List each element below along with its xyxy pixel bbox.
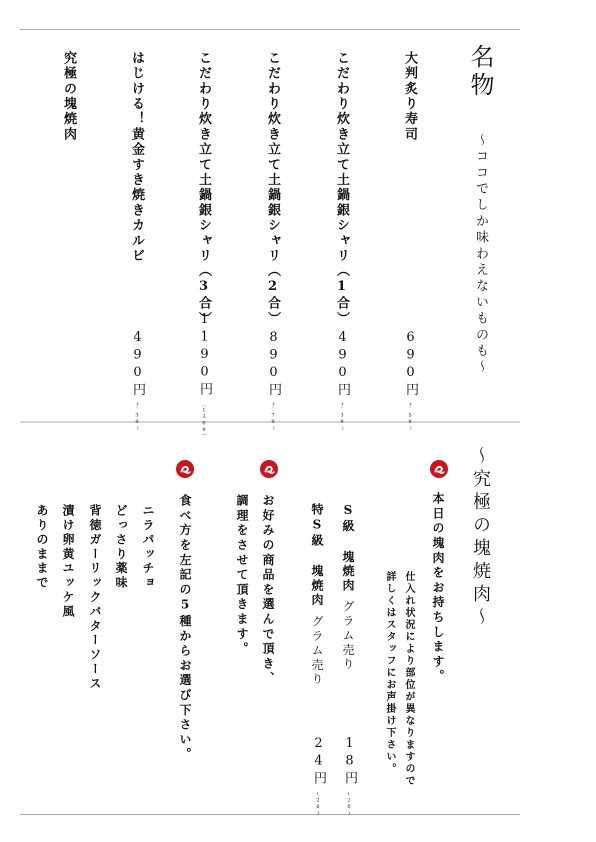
meat-unit: グラム売り	[311, 615, 323, 687]
menu-item-name: こだわり炊き立て土鍋銀シャリ（3合）	[197, 51, 210, 327]
price-value: 490円	[130, 330, 145, 398]
tax-included-price: ﾃﾞ79ﾐ	[270, 402, 275, 431]
menu-item-name: こだわり炊き立て土鍋銀シャリ（2合）	[266, 51, 279, 327]
bottom-divider	[20, 814, 520, 815]
menu-item-name: 大判炙り寿司	[403, 51, 416, 142]
step2-line1: お好みの商品を選んで頂き、	[262, 494, 274, 686]
meat-price: 24円(26)	[312, 736, 325, 817]
step2-line2: 調理をさせて頂きます。	[236, 494, 248, 657]
menu-item-name-text: こだわり炊き立て土鍋銀シャリ（3合）	[196, 51, 211, 327]
eating-style-item: 背徳ガーリックバターソース	[89, 504, 101, 691]
step1-text: 本日の塊肉をお持ちします。	[432, 492, 444, 684]
meat-price: 18円(20)	[343, 736, 356, 817]
price-value: 18円	[342, 736, 357, 787]
menu-item-price: 490円ﾃﾞ39ﾐ	[336, 330, 349, 431]
menu-item-price: 690円ﾃﾞ59ﾐ	[404, 330, 417, 431]
tax-included-price: ﾃﾞ59ﾐ	[407, 402, 412, 431]
menu-item-name: こだわり炊き立て土鍋銀シャリ（1合）	[335, 51, 348, 327]
price-value: 890円	[266, 330, 281, 398]
meibutsu-subtitle: ～ココでしか味わえないものも～	[474, 133, 487, 376]
meat-name: 特S級 塊焼肉	[310, 503, 324, 608]
eating-style-item: ありのままで	[36, 504, 48, 590]
kyukyoku-title: ～究極の塊焼肉～	[471, 446, 489, 630]
red-circle-mark-icon	[175, 459, 195, 479]
tax-included-price: ﾃﾞ39ﾐ	[134, 402, 139, 431]
eating-style-item: どっさり薬味	[115, 504, 127, 590]
top-divider	[20, 29, 520, 30]
red-circle-mark-icon	[259, 459, 279, 479]
eating-style-item: 漬け卵黄ユッケ風	[62, 504, 74, 619]
meat-unit: グラム売り	[342, 600, 354, 672]
step3-text: 食べ方を左記の5種からお選び下さい。	[179, 494, 191, 762]
step1-note-line1: 仕入れ状況により部位が異なりますので	[403, 571, 413, 787]
meibutsu-title: 名物	[468, 44, 492, 100]
price-value: 490円	[335, 330, 350, 398]
menu-item-name-text: こだわり炊き立て土鍋銀シャリ（2合）	[265, 51, 280, 327]
price-value: 1190円	[197, 312, 212, 398]
price-value: 690円	[403, 330, 418, 398]
menu-item-name-text: はじける！黄金すき焼きカルビ	[129, 51, 144, 264]
menu-item-name: 究極の塊焼肉	[62, 51, 75, 142]
price-value: 24円	[311, 736, 326, 787]
menu-item-price: 890円ﾃﾞ79ﾐ	[267, 330, 280, 431]
meat-item-special-s: 特S級 塊焼肉	[311, 503, 323, 608]
meat-name: S級 塊焼肉	[341, 503, 355, 593]
menu-item-price: 490円ﾃﾞ39ﾐ	[131, 330, 144, 431]
menu-item-price: 1190円〔1309〕	[198, 312, 211, 439]
tax-included-price: 〔1309〕	[201, 402, 206, 439]
step1-note-line2: 詳しくはスタッフにお声掛け下さい。	[384, 571, 394, 775]
tax-included-price: (26)	[315, 791, 320, 817]
meat-item-s: S級 塊焼肉	[342, 503, 354, 593]
red-circle-mark-icon	[429, 459, 449, 479]
tax-included-price: ﾃﾞ39ﾐ	[339, 402, 344, 431]
menu-item-name-text: こだわり炊き立て土鍋銀シャリ（1合）	[334, 51, 349, 327]
menu-item-name: はじける！黄金すき焼きカルビ	[130, 51, 143, 264]
eating-style-item: ニラパッチョ	[142, 504, 154, 590]
tax-included-price: (20)	[346, 791, 351, 817]
